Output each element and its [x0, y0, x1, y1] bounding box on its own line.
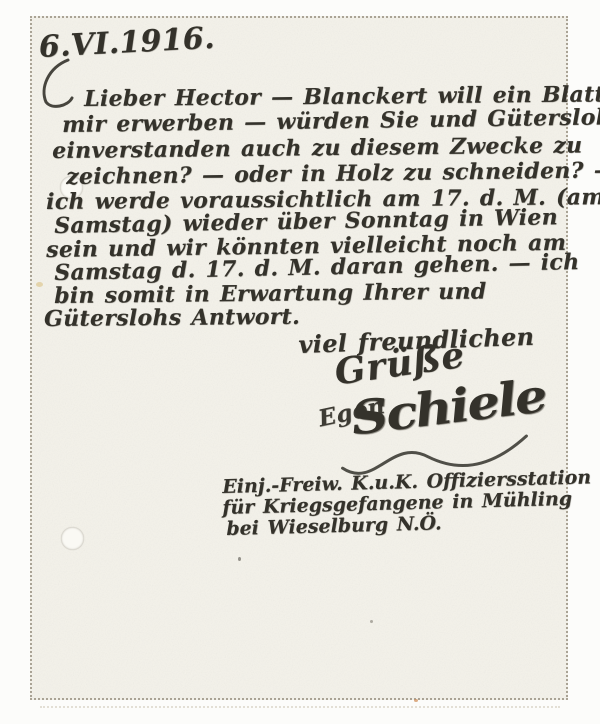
handwritten-line: Güterslohs Antwort. [44, 304, 300, 332]
scanned-letter: 6.VI.1916. Lieber Hector — Blanckert wil… [0, 0, 600, 724]
paper-stain [36, 282, 43, 287]
punch-hole-bottom [61, 527, 84, 550]
ink-fleck [370, 620, 373, 623]
sheet-edge-line [40, 706, 560, 708]
paper-stain [414, 699, 418, 702]
ink-fleck [238, 557, 241, 561]
